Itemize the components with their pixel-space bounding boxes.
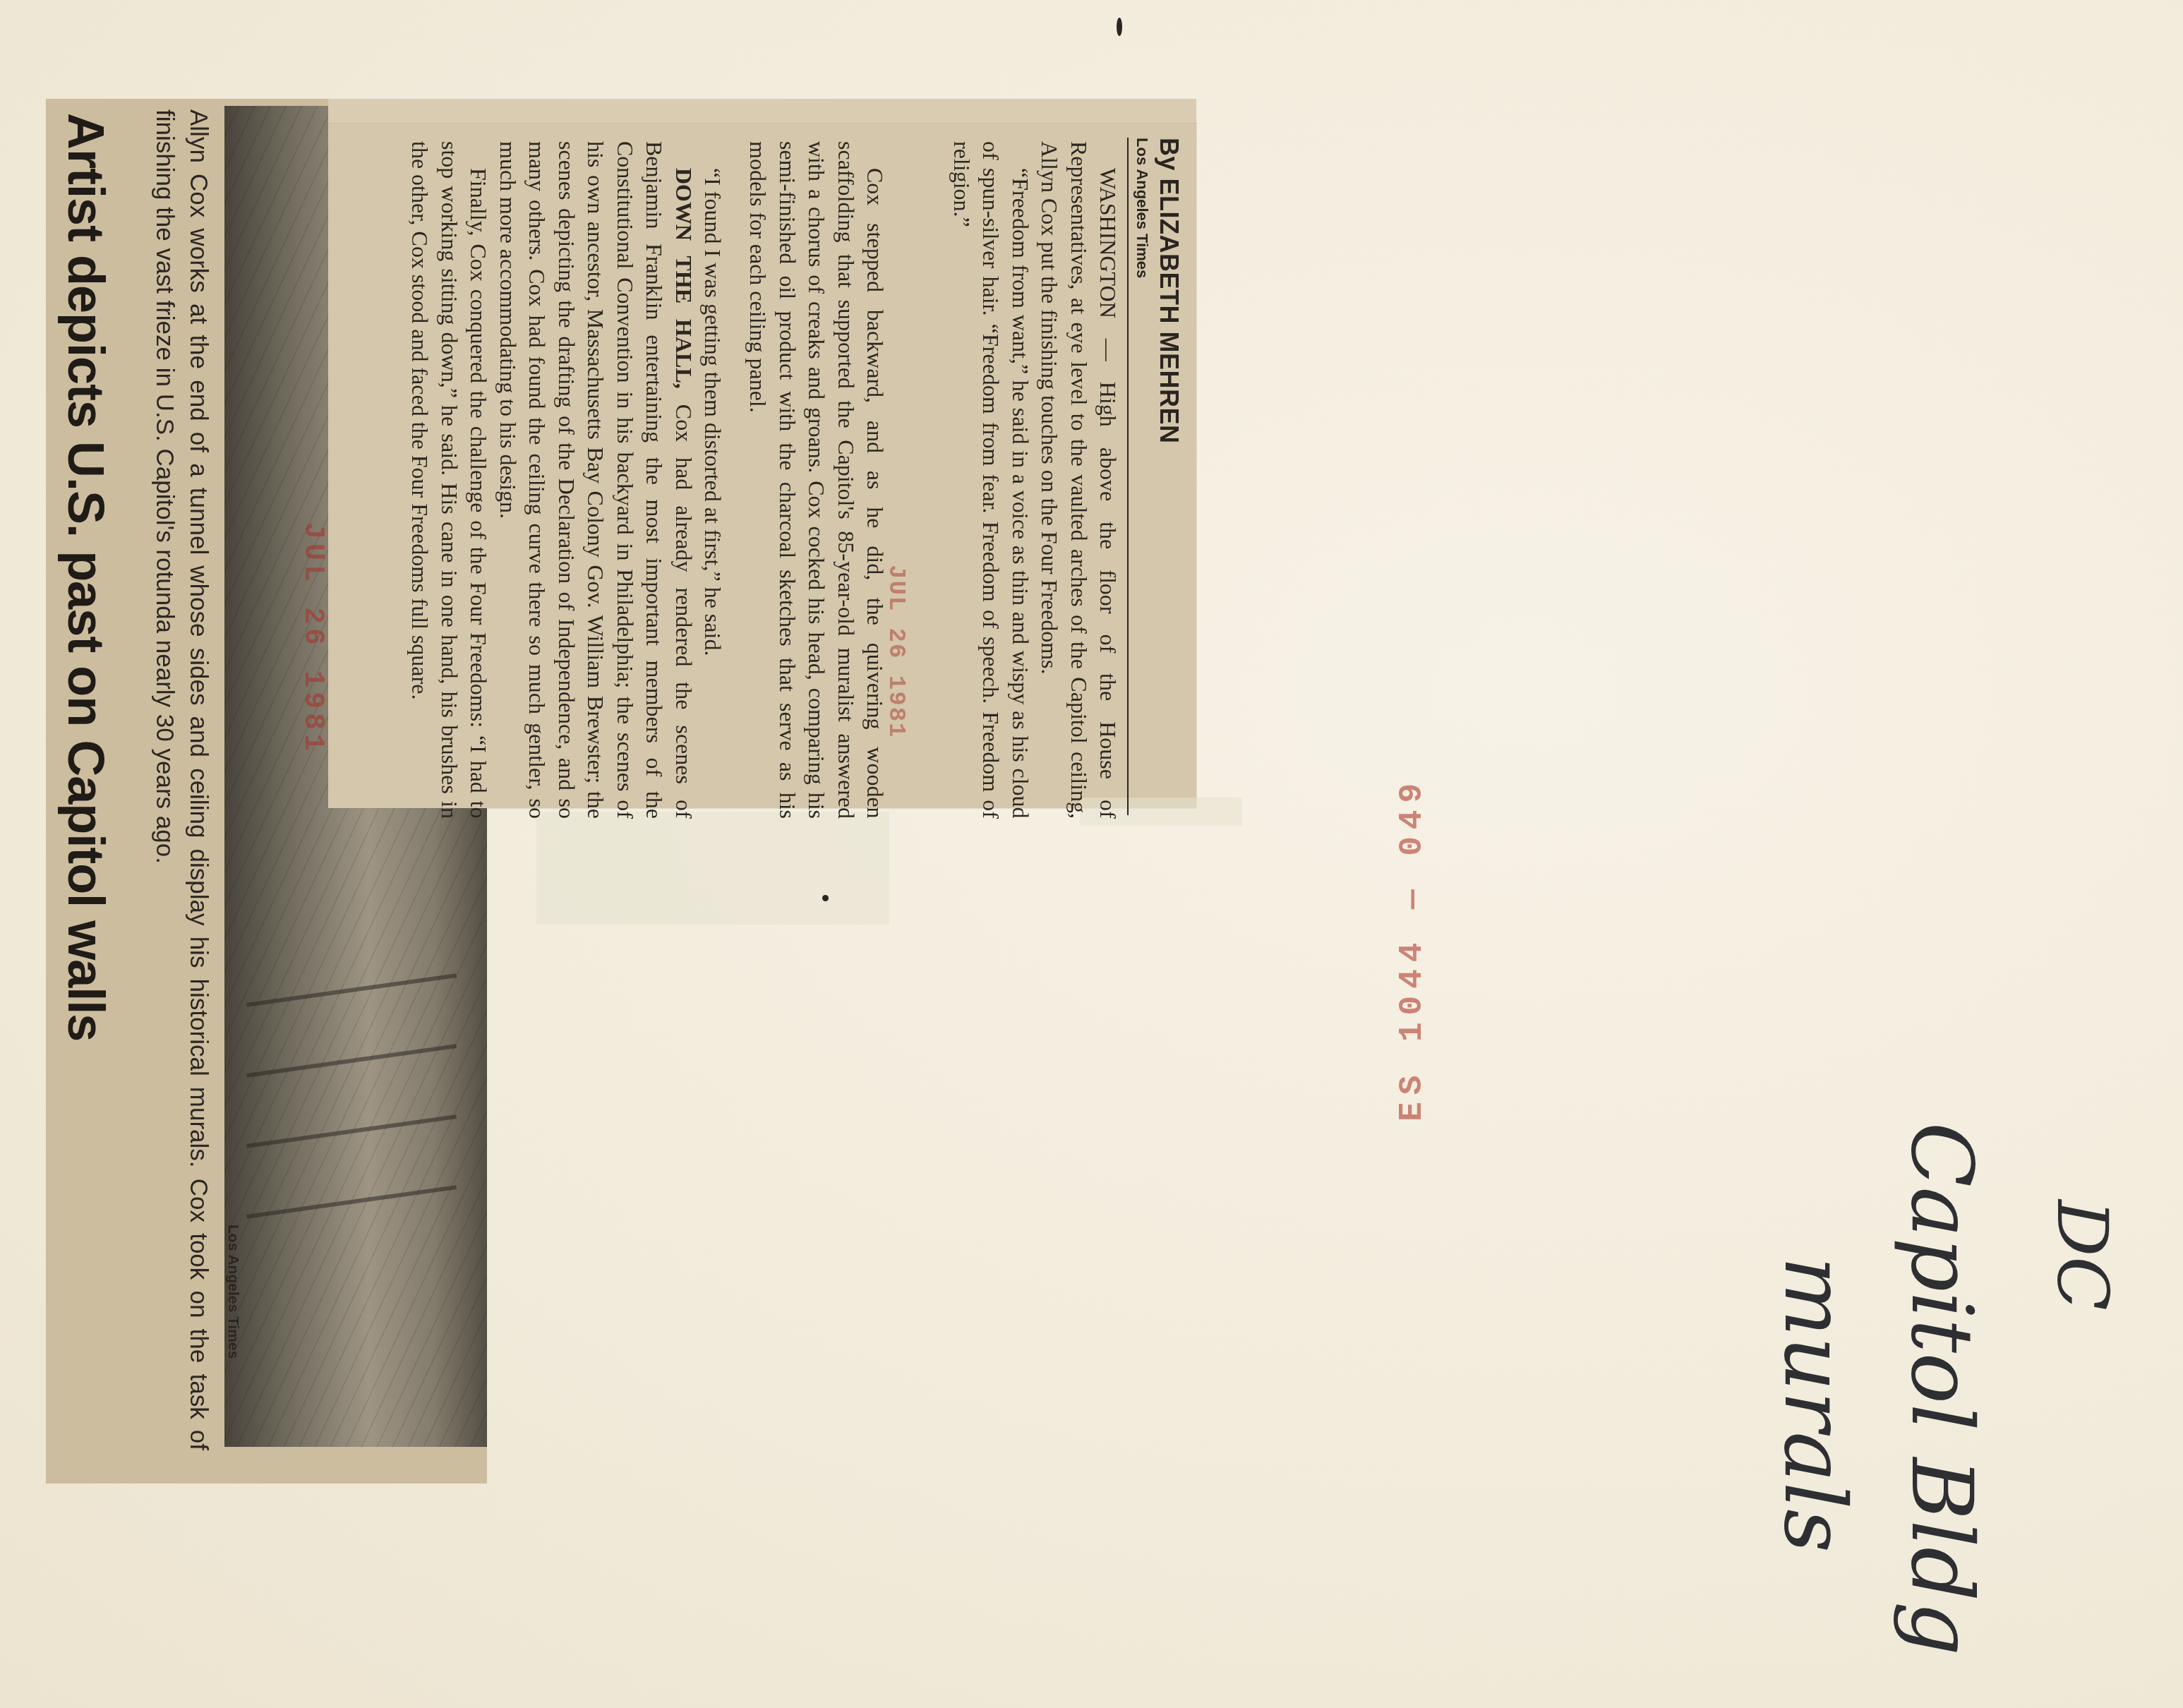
article-paragraph: “I found I was getting them distorted at… [698, 141, 728, 819]
date-stamp-photo: JUL 26 1981 [296, 522, 328, 755]
photo-credit: Los Angeles Times [224, 1225, 241, 1359]
article-paragraph: Cox had already rendered the scenes of B… [495, 141, 697, 819]
clipping-article-top-edge [328, 99, 1196, 127]
ink-speck [1117, 18, 1122, 36]
photo-scaffold-rail [246, 1114, 457, 1148]
handwritten-note-capitol-bldg: Capitol Bldg [1892, 1122, 1990, 1656]
handwritten-note-murals: murals [1764, 1256, 1863, 1553]
article-column-1: WASHINGTON — High above the floor of the… [889, 141, 1122, 819]
article-headline: Artist depicts U.S. past on Capitol wall… [56, 113, 114, 1041]
article-column-3: “I found I was getting them distorted at… [332, 141, 727, 819]
tape-residue [536, 812, 889, 925]
photo-caption: Allyn Cox works at the end of a tunnel w… [138, 109, 215, 1450]
article-paragraph: Finally, Cox conquered the challenge of … [405, 141, 493, 819]
article-column-2: Cox stepped backward, and as he did, the… [727, 141, 889, 819]
ink-speck [822, 895, 829, 901]
photo-scaffold-rail [246, 1185, 457, 1219]
handwritten-note-dc: DC [2033, 1200, 2131, 1311]
article-paragraph: Cox stepped backward, and as he did, the… [743, 141, 890, 819]
byline-rule [1127, 138, 1129, 815]
photo-scaffold-rail [246, 1044, 457, 1078]
reference-number-stamp: ES 1044 — 049 [1394, 776, 1431, 1121]
article-subhead: DOWN THE HALL, [671, 168, 697, 389]
article-byline-source: Los Angeles Times [1133, 138, 1151, 278]
date-stamp-article: JUL 26 1981 [882, 565, 909, 738]
article-byline: By ELIZABETH MEHREN [1154, 138, 1184, 444]
article-dateline: WASHINGTON — [1095, 168, 1121, 361]
photo-scaffold-rail [246, 973, 457, 1007]
article-paragraph: “Freedom from want,” he said in a voice … [946, 141, 1035, 819]
